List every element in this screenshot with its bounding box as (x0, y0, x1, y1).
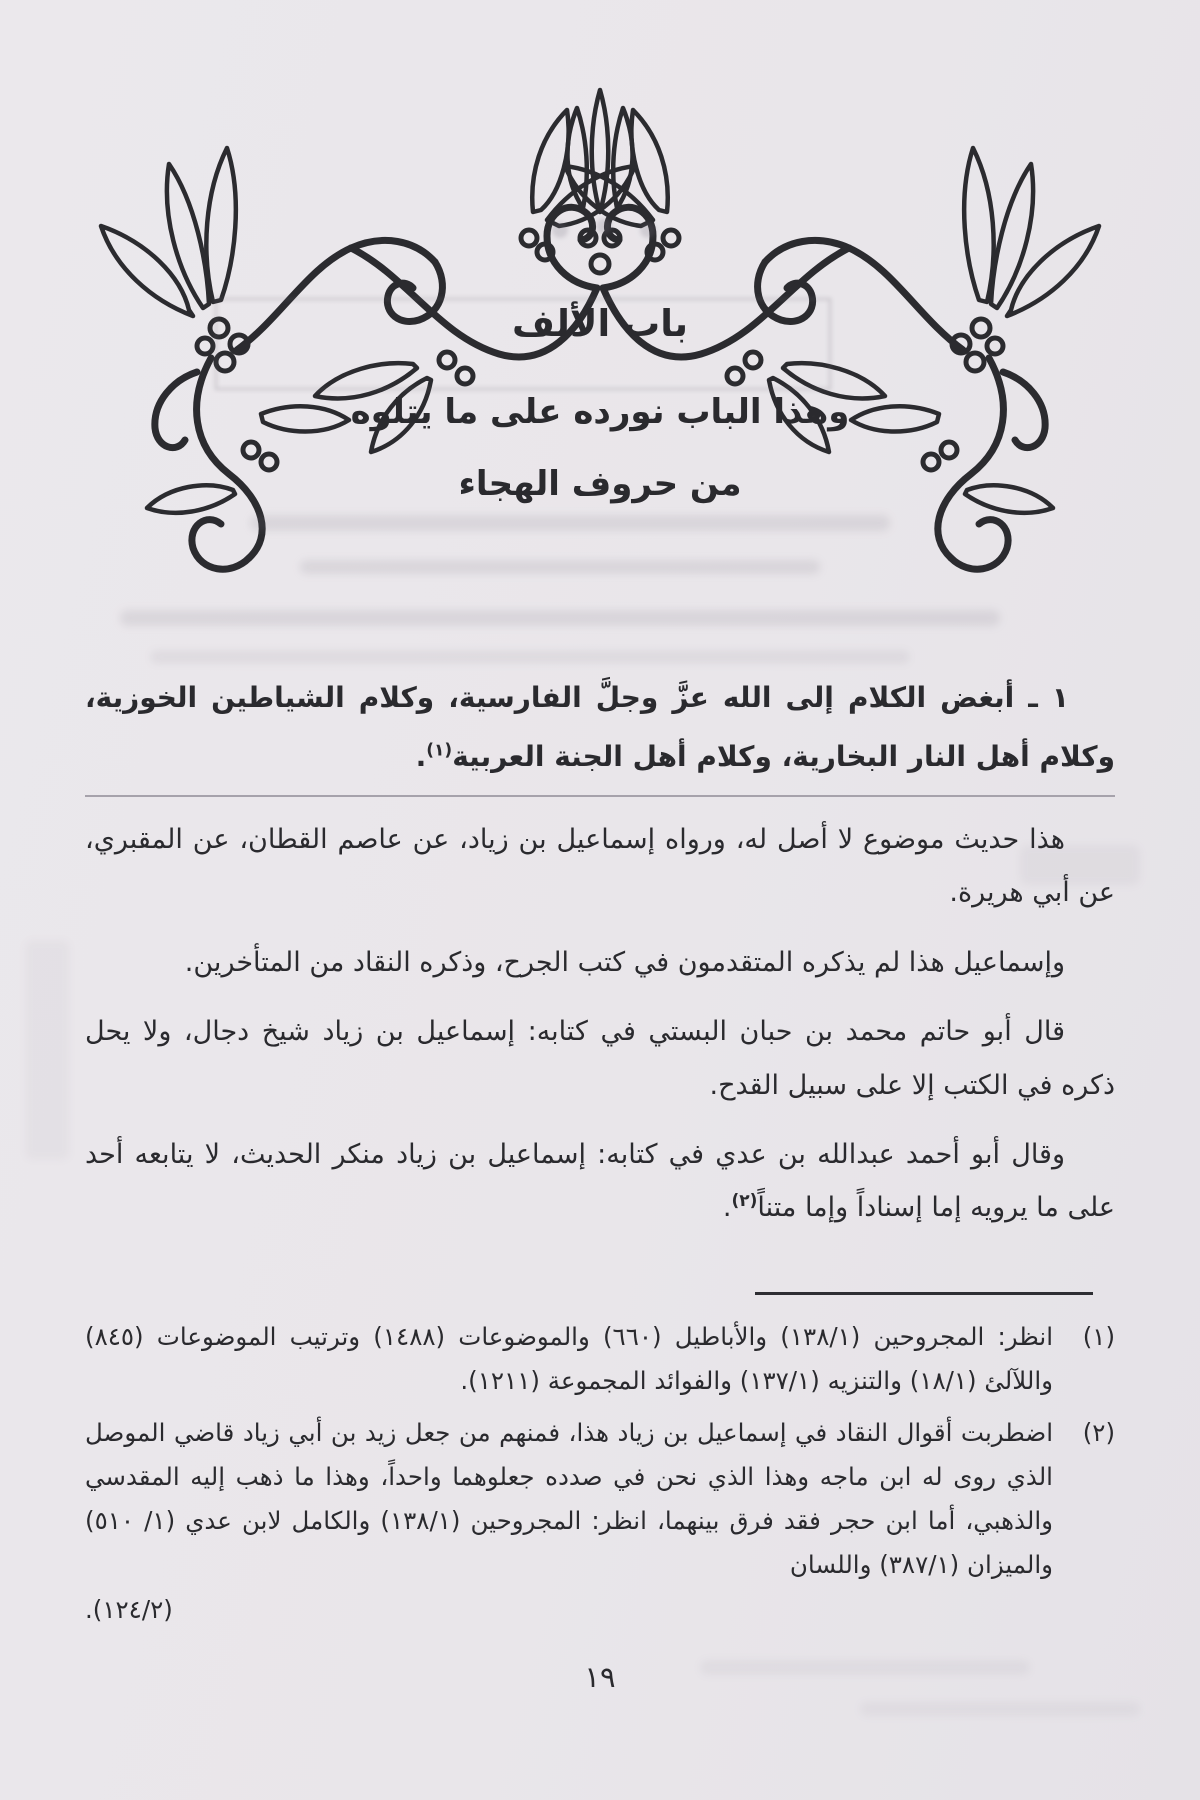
footnotes-section: (١) انظر: المجروحين (١٣٨/١) والأباطيل (٦… (85, 1292, 1115, 1640)
bleed-through-line (860, 1702, 1140, 1716)
footnote-1-marker: (١) (1063, 1315, 1115, 1403)
bleed-through-line (120, 610, 1000, 626)
chapter-subtitle-line1: وهذا الباب نورده على ما يتلوه (0, 392, 1200, 432)
main-text-column: ١ ـ أبغض الكلام إلى الله عزَّ وجلَّ الفا… (85, 668, 1115, 1251)
footnote-2: (٢) اضطربت أقوال النقاد في إسماعيل بن زي… (85, 1411, 1115, 1631)
hadith-text: ١ ـ أبغض الكلام إلى الله عزَّ وجلَّ الفا… (85, 668, 1115, 787)
footnote-separator-line (755, 1292, 1093, 1295)
footnote-2-marker: (٢) (1063, 1411, 1115, 1631)
commentary-paragraph: وقال أبو أحمد عبدالله بن عدي في كتابه: إ… (85, 1128, 1115, 1235)
footnote-1: (١) انظر: المجروحين (١٣٨/١) والأباطيل (٦… (85, 1315, 1115, 1403)
commentary-paragraph: وإسماعيل هذا لم يذكره المتقدمون في كتب ا… (85, 936, 1115, 989)
footnote-1-text: انظر: المجروحين (١٣٨/١) والأباطيل (٦٦٠) … (85, 1315, 1053, 1403)
text-separator-line (85, 795, 1115, 797)
footnote-ref-2: (٢) (731, 1191, 757, 1211)
chapter-subtitle-line2: من حروف الهجاء (0, 464, 1200, 504)
bleed-through-line (150, 650, 910, 664)
bleed-through-line (25, 940, 70, 1160)
footnote-2-text: اضطربت أقوال النقاد في إسماعيل بن زياد ه… (85, 1411, 1053, 1631)
footnote-ref-1: (١) (426, 741, 452, 761)
center-fleur (567, 90, 632, 273)
book-page: باب الألف وهذا الباب نورده على ما يتلوه … (0, 0, 1200, 1800)
page-number: ١٩ (0, 1660, 1200, 1694)
footnote-2-tail: (١٢٤/٢). (85, 1588, 1053, 1632)
hadith-body: ١ ـ أبغض الكلام إلى الله عزَّ وجلَّ الفا… (85, 681, 1115, 773)
chapter-title: باب الألف (0, 302, 1200, 345)
commentary-paragraph: قال أبو حاتم محمد بن حبان البستي في كتاب… (85, 1005, 1115, 1112)
commentary-paragraph: هذا حديث موضوع لا أصل له، ورواه إسماعيل … (85, 813, 1115, 920)
